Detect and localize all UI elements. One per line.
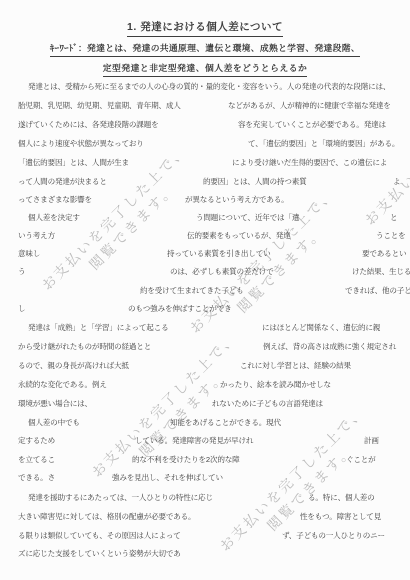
text-segment: 例えば、背の高さは成熟に強く規定され bbox=[263, 341, 396, 352]
text-segment: 計画 bbox=[364, 435, 379, 446]
text-line: 個人差の中でも知能をあげることができる。現代 bbox=[0, 417, 410, 429]
text-line: 永続的な変化である。例えかったり、絵本を読み聞かせしな bbox=[0, 379, 410, 391]
text-segment: 永続的な変化である。例え bbox=[18, 379, 107, 390]
text-segment: う bbox=[18, 266, 25, 277]
text-segment: 約を受けて生まれてきた子ども bbox=[140, 285, 244, 296]
text-segment: により受け継いだ生得的要因で、この遺伝によ bbox=[232, 157, 387, 168]
text-segment: 容を充実していくことが必要である。発達は bbox=[238, 119, 386, 130]
text-line: 個人により速度や状態が異なっておりて、「遺伝的要因」と「環境的要因」がある。 bbox=[0, 138, 410, 150]
text-segment: 性をもつ。障害として見 bbox=[300, 511, 381, 522]
text-line: ズに応じた支援をしていくという姿勢が大切であ bbox=[0, 548, 410, 560]
document-body: 発達とは、受精から死に至るまでの人の心身の質的・量的変化・変容をいう。人の発達の… bbox=[0, 0, 410, 580]
text-segment: 大きい障害児に対しては、格別の配慮が必要である。 bbox=[18, 511, 195, 522]
text-line: って人間の発達が決まると的要因」とは、人間の持つ素質よ bbox=[0, 176, 410, 188]
text-segment: う問題について、近年では「遺 bbox=[196, 212, 299, 223]
text-segment: ってさまざまな影響を bbox=[18, 194, 92, 205]
text-line: 定するためしている。発達障害の発見が早けれ計画 bbox=[0, 435, 410, 447]
text-segment: などがあるが、人が精神的に健康で幸福な発達を bbox=[228, 100, 391, 111]
text-segment: かったり、絵本を読み聞かせしな bbox=[220, 379, 331, 390]
text-line: 発達とは、受精から死に至るまでの人の心身の質的・量的変化・変容をいう。人の発達の… bbox=[0, 81, 410, 93]
text-segment: 的要因」とは、人間の持つ素質 bbox=[203, 176, 307, 187]
text-segment: これに対し学習とは、経験の結果 bbox=[240, 360, 351, 371]
text-line: ってさまざまな影響をが異なるという考え方である。 bbox=[0, 194, 410, 206]
text-segment: る。特に、個人差の bbox=[308, 492, 375, 503]
text-segment: る限りは類似していても、その原因は人によって bbox=[18, 530, 181, 541]
text-line: できる。さ強みを見出し、それを伸ばしてい bbox=[0, 472, 410, 484]
text-segment: よ bbox=[393, 176, 400, 187]
text-segment: 知能をあげることができる。現代 bbox=[170, 417, 281, 428]
text-segment: ず、子どもの一人ひとりのニー bbox=[282, 530, 385, 541]
text-segment: けた結果、生じる bbox=[352, 266, 410, 277]
text-segment: できる。さ bbox=[18, 472, 55, 483]
text-segment: いう考え方 bbox=[18, 230, 55, 241]
text-segment: て、「遺伝的要因」と「環境的要因」がある。 bbox=[248, 138, 399, 149]
text-segment: 遂げていくためには、各発達段階の課題を bbox=[18, 119, 158, 130]
text-segment: している。発達障害の発見が早けれ bbox=[135, 435, 253, 446]
text-segment: のは、必ずしも素質の差だけで bbox=[170, 266, 274, 277]
text-segment: 個人差を決定す bbox=[28, 212, 80, 223]
text-segment: 発達とは、受精から死に至るまでの人の心身の質的・量的変化・変容をいう。人の発達の… bbox=[28, 81, 390, 92]
text-segment: 定するため bbox=[18, 435, 55, 446]
text-segment: 要であるとい bbox=[362, 248, 406, 259]
text-line: 「遺伝的要因」とは、人間が生まにより受け継いだ生得的要因で、この遺伝によ bbox=[0, 157, 410, 169]
text-segment: 発達は「成熟」と「学習」によって起こる bbox=[28, 322, 168, 333]
text-segment: を立てるこ bbox=[18, 454, 55, 465]
text-segment: 個人差の中でも bbox=[28, 417, 80, 428]
text-line: 発達を援助するにあたっては、一人ひとりの特性に応じる。特に、個人差の bbox=[0, 492, 410, 504]
text-line: 発達は「成熟」と「学習」によって起こるにはほとんど関係なく、遺伝的に親 bbox=[0, 322, 410, 334]
text-segment: るので、親の身長が高ければ大抵 bbox=[18, 360, 129, 371]
text-segment: が異なるという考え方である。 bbox=[185, 194, 289, 205]
text-line: から受け継がれたものが時間の経過とと例えば、背の高さは成熟に強く規定され bbox=[0, 341, 410, 353]
text-line: いう考え方伝的要素をもっているが、発達うことを bbox=[0, 230, 410, 242]
text-segment: って人間の発達が決まると bbox=[18, 176, 107, 187]
text-line: 個人差を決定すう問題について、近年では「遺と bbox=[0, 212, 410, 224]
text-segment: 「遺伝的要因」とは、人間が生ま bbox=[18, 157, 129, 168]
text-segment: と bbox=[390, 212, 397, 223]
text-line: る限りは類似していても、その原因は人によってず、子どもの一人ひとりのニー bbox=[0, 530, 410, 542]
text-line: 胎児期、乳児期、幼児期、児童期、青年期、成人などがあるが、人が精神的に健康で幸福… bbox=[0, 100, 410, 112]
text-segment: 伝的要素をもっているが、発達 bbox=[187, 230, 291, 241]
text-segment: 環境が悪い場合には、 bbox=[18, 398, 92, 409]
text-segment: にはほとんど関係なく、遺伝的に親 bbox=[262, 322, 380, 333]
text-segment: のもつ強みを伸ばすことができ bbox=[128, 303, 232, 314]
text-segment: 意味し bbox=[18, 248, 40, 259]
text-segment: 胎児期、乳児期、幼児期、児童期、青年期、成人 bbox=[18, 100, 181, 111]
text-line: 約を受けて生まれてきた子どもできれば、他の子どもに bbox=[0, 285, 410, 297]
document-page: お支払いを完了した上で、閲覧できます。お支払いを完了した上で、閲覧できます。お支… bbox=[0, 0, 410, 580]
text-line: うのは、必ずしも素質の差だけでけた結果、生じる bbox=[0, 266, 410, 278]
text-line: を立てるこ的な不利を受けたりを2次的な障ぐことが bbox=[0, 454, 410, 466]
text-segment: から受け継がれたものが時間の経過とと bbox=[18, 341, 151, 352]
text-line: 大きい障害児に対しては、格別の配慮が必要である。性をもつ。障害として見 bbox=[0, 511, 410, 523]
text-segment: できれば、他の子どもに bbox=[345, 285, 410, 296]
text-segment: うことを bbox=[376, 230, 406, 241]
text-line: しのもつ強みを伸ばすことができ bbox=[0, 303, 410, 315]
text-line: 遂げていくためには、各発達段階の課題を容を充実していくことが必要である。発達は bbox=[0, 119, 410, 131]
text-line: 環境が悪い場合には、れないために子どもの言語発達は bbox=[0, 398, 410, 410]
text-segment: 個人により速度や状態が異なっており bbox=[18, 138, 144, 149]
text-line: 意味し持っている素質を引き出してい要であるとい bbox=[0, 248, 410, 260]
text-segment: 発達を援助するにあたっては、一人ひとりの特性に応じ bbox=[28, 492, 213, 503]
text-segment: 的な不利を受けたりを2次的な障 bbox=[132, 454, 240, 465]
text-segment: ズに応じた支援をしていくという姿勢が大切であ bbox=[18, 548, 181, 559]
text-segment: 持っている素質を引き出してい bbox=[167, 248, 271, 259]
text-segment: ぐことが bbox=[346, 454, 376, 465]
text-segment: れないために子どもの言語発達は bbox=[212, 398, 323, 409]
text-line: るので、親の身長が高ければ大抵これに対し学習とは、経験の結果 bbox=[0, 360, 410, 372]
text-segment: 強みを見出し、それを伸ばしてい bbox=[112, 472, 223, 483]
text-segment: し bbox=[18, 303, 25, 314]
